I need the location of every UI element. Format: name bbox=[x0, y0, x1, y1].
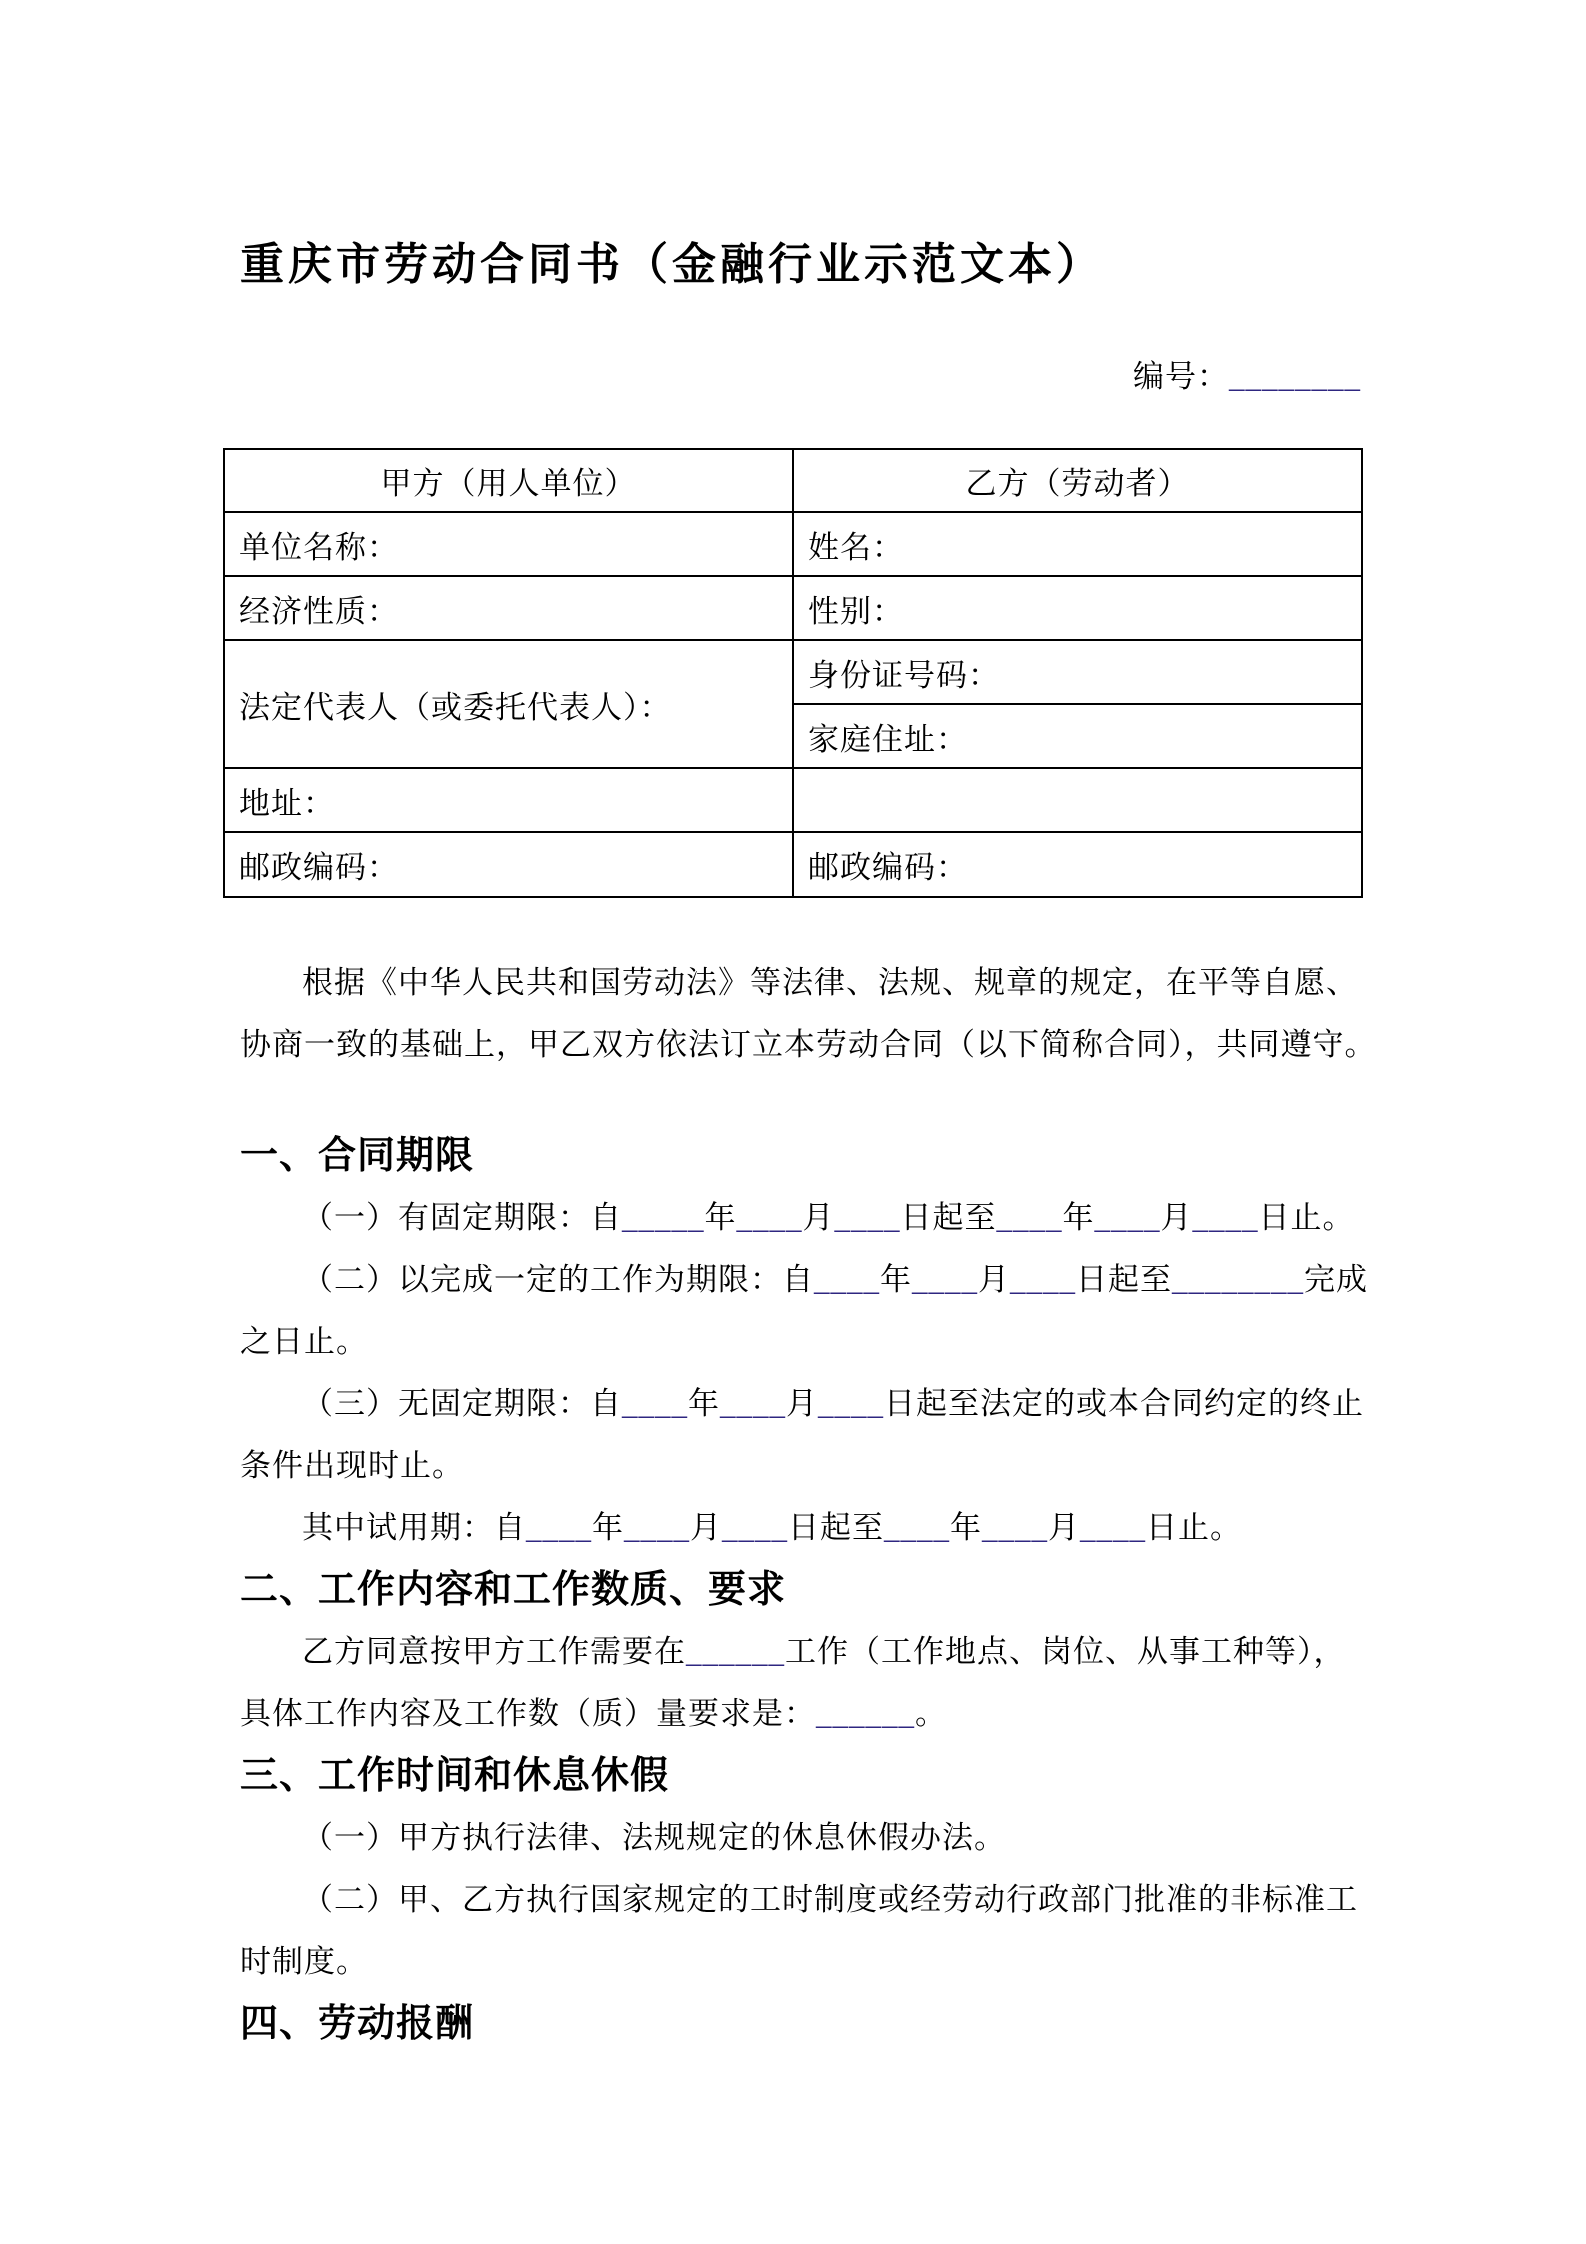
home-address-label: 家庭住址： bbox=[793, 704, 1362, 768]
party-b-header: 乙方（劳动者） bbox=[793, 449, 1362, 512]
gender-label: 性别： bbox=[793, 576, 1362, 640]
section-4-heading: 四、劳动报酬 bbox=[240, 1993, 1370, 2055]
postcode-b-label: 邮政编码： bbox=[793, 832, 1362, 897]
clause-1-2-continued: 之日止。 bbox=[240, 1311, 1370, 1373]
clause-1-3: （三）无固定期限：自____年____月____日起至法定的或本合同约定的终止 bbox=[240, 1373, 1370, 1435]
intro-paragraph-line-2: 协商一致的基础上，甲乙双方依法订立本劳动合同（以下简称合同），共同遵守。 bbox=[240, 1014, 1370, 1076]
clause-2-1: 乙方同意按甲方工作需要在______工作（工作地点、岗位、从事工种等）， bbox=[240, 1621, 1370, 1683]
clause-1-3-continued: 条件出现时止。 bbox=[240, 1435, 1370, 1497]
table-row: 经济性质： 性别： bbox=[224, 576, 1362, 640]
clause-3-2-continued: 时制度。 bbox=[240, 1931, 1370, 1993]
address-label: 地址： bbox=[224, 768, 793, 832]
party-a-header: 甲方（用人单位） bbox=[224, 449, 793, 512]
clause-2-1-continued: 具体工作内容及工作数（质）量要求是：______。 bbox=[240, 1683, 1370, 1745]
clause-3-2: （二）甲、乙方执行国家规定的工时制度或经劳动行政部门批准的非标准工 bbox=[240, 1869, 1370, 1931]
intro-paragraph-line-1: 根据《中华人民共和国劳动法》等法律、法规、规章的规定，在平等自愿、 bbox=[240, 952, 1370, 1014]
table-row: 单位名称： 姓名： bbox=[224, 512, 1362, 576]
table-header-row: 甲方（用人单位） 乙方（劳动者） bbox=[224, 449, 1362, 512]
table-row: 法定代表人（或委托代表人）： 身份证号码： bbox=[224, 640, 1362, 704]
probation-period-line: 其中试用期：自____年____月____日起至____年____月____日止… bbox=[240, 1497, 1370, 1559]
section-3-heading: 三、工作时间和休息休假 bbox=[240, 1745, 1370, 1807]
section-2-heading: 二、工作内容和工作数质、要求 bbox=[240, 1559, 1370, 1621]
section-1-heading: 一、合同期限 bbox=[240, 1125, 1370, 1187]
contract-body: 根据《中华人民共和国劳动法》等法律、法规、规章的规定，在平等自愿、 协商一致的基… bbox=[240, 952, 1370, 2055]
postcode-a-label: 邮政编码： bbox=[224, 832, 793, 897]
contract-document-page: 重庆市劳动合同书（金融行业示范文本） 编号：________ 甲方（用人单位） … bbox=[0, 0, 1586, 2244]
clause-3-1: （一）甲方执行法律、法规规定的休息休假办法。 bbox=[240, 1807, 1370, 1869]
table-row: 地址： bbox=[224, 768, 1362, 832]
clause-1-1: （一）有固定期限：自_____年____月____日起至____年____月__… bbox=[240, 1187, 1370, 1249]
clause-1-2: （二）以完成一定的工作为期限：自____年____月____日起至_______… bbox=[240, 1249, 1370, 1311]
economic-nature-label: 经济性质： bbox=[224, 576, 793, 640]
table-row: 邮政编码： 邮政编码： bbox=[224, 832, 1362, 897]
legal-representative-label: 法定代表人（或委托代表人）： bbox=[224, 640, 793, 768]
name-label: 姓名： bbox=[793, 512, 1362, 576]
empty-cell bbox=[793, 768, 1362, 832]
id-number-label: 身份证号码： bbox=[793, 640, 1362, 704]
document-title: 重庆市劳动合同书（金融行业示范文本） bbox=[240, 241, 1104, 289]
parties-info-table: 甲方（用人单位） 乙方（劳动者） 单位名称： 姓名： 经济性质： 性别： 法定代… bbox=[223, 448, 1363, 898]
unit-name-label: 单位名称： bbox=[224, 512, 793, 576]
serial-number-line: 编号：________ bbox=[1133, 358, 1361, 396]
